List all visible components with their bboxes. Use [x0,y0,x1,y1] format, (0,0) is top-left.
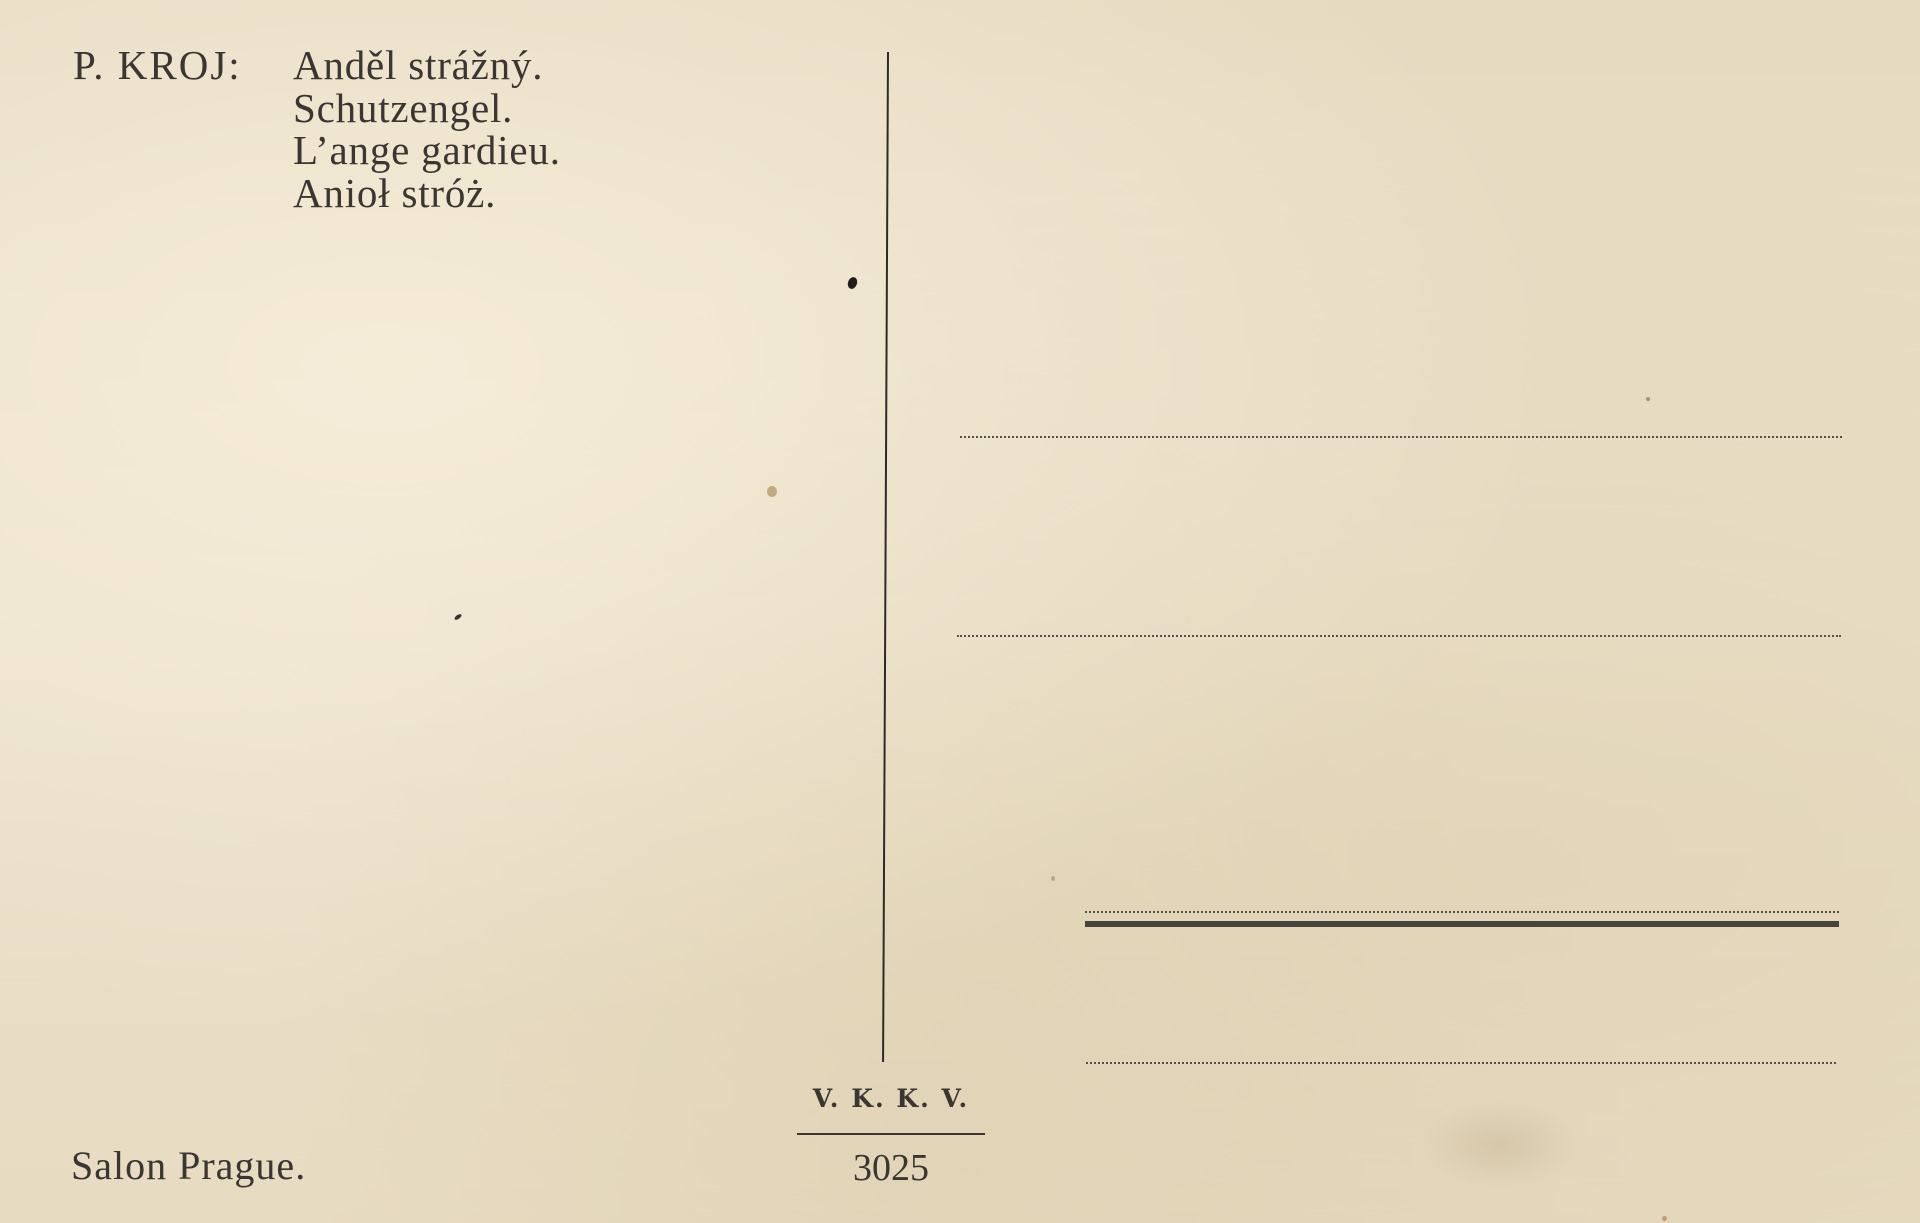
address-line-2 [957,635,1841,637]
foxing-spot [1662,1216,1667,1221]
title-polish: Anioł stróż. [293,172,561,215]
center-divider-line [882,52,889,1062]
paper-mark [454,613,463,621]
series-mark: V. K. K. V. [797,1084,985,1113]
foxing-spot [767,486,777,497]
postcard-back: P. KROJ: Anděl strážný. Schutzengel. L’a… [0,0,1920,1223]
foxing-spot [1051,876,1055,881]
address-underline-bar [1085,921,1839,927]
ink-spot [846,276,859,290]
artist-label: P. KROJ: [73,44,242,86]
offset-smudge [1420,1100,1580,1190]
address-line-4 [1086,1062,1836,1064]
series-rule [797,1133,985,1135]
address-line-1 [960,436,1842,438]
publisher-label: Salon Prague. [71,1142,306,1189]
foxing-spot [1646,397,1650,401]
series-number: 3025 [797,1146,985,1190]
title-german: Schutzengel. [293,87,561,130]
title-french: L’ange gardieu. [293,129,561,172]
address-line-3 [1085,911,1839,913]
title-block: Anděl strážný. Schutzengel. L’ange gardi… [293,44,561,214]
title-czech: Anděl strážný. [293,44,561,87]
